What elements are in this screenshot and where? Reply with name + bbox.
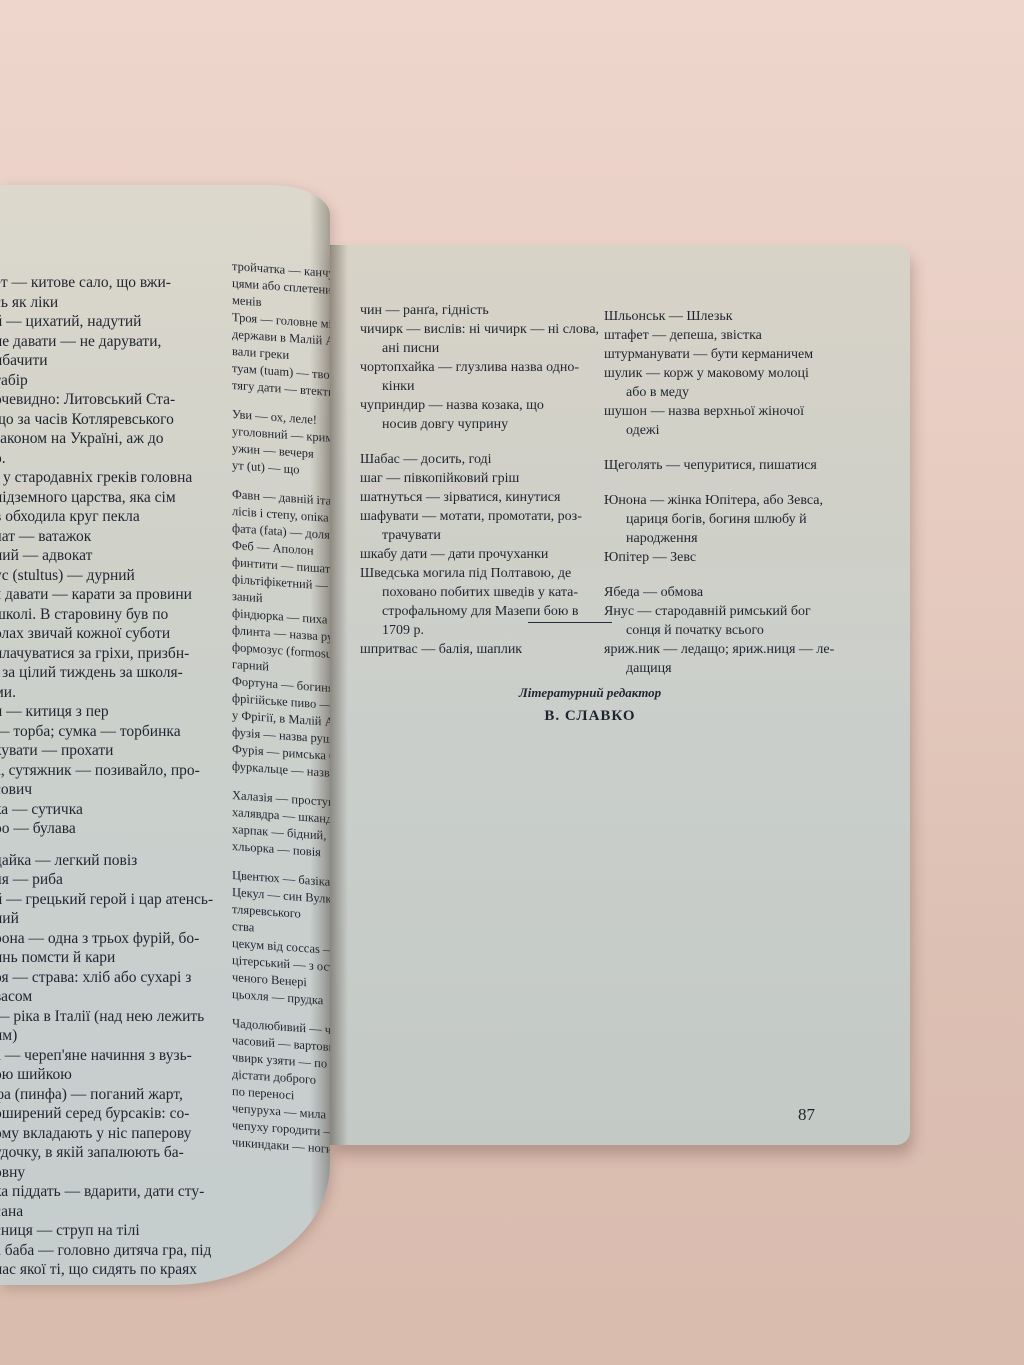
glossary-entry: шушон — назва верхньої жіночої (604, 402, 844, 421)
entry-definition: — назва козака, що (429, 398, 544, 413)
entry-definition: — балія, шаплик (421, 642, 522, 657)
entry-headword: шушон (604, 404, 647, 419)
entry-continuation: або в меду (604, 383, 844, 402)
entry-continuation: 1709 р. (360, 621, 610, 640)
text-line: школі. В старовину був по (0, 605, 234, 625)
entry-headword: чуприндир (360, 398, 425, 413)
entry-definition: — мотати, промотати, роз- (422, 509, 582, 524)
text-line: в обходила круг пекла (0, 507, 234, 527)
text-line: — торба; сумка — торбинка (0, 722, 234, 742)
entry-definition: — зірватися, кинутися (426, 490, 561, 505)
section-divider-rule (528, 622, 612, 623)
entry-headword: шкабу дати (360, 547, 427, 562)
text-line: оширений серед бурсаків: со- (0, 1104, 234, 1124)
entry-gap (604, 567, 844, 583)
glossary-entry: яриж.ник — ледащо; яриж.ниця — ле- (604, 640, 844, 659)
entry-headword: Юнона (604, 493, 647, 508)
text-line: табір (0, 371, 234, 391)
text-line: й — грецький герой і цар атенсь- (0, 890, 234, 910)
text-line: ус (stultus) — дурний (0, 566, 234, 586)
glossary-entry: Шабас — досить, годі (360, 450, 610, 469)
entry-headword: Ябеда (604, 585, 640, 600)
entry-headword: штафет (604, 328, 649, 343)
left-page: ет — китове сало, що вжи-сь як лікий — ц… (0, 185, 330, 1285)
entry-definition: — глузлива назва одно- (438, 360, 579, 375)
entry-headword: Шведська могила (360, 566, 465, 581)
text-line: законом на Україні, аж до (0, 429, 234, 449)
glossary-entry: шпритвас — балія, шаплик (360, 640, 610, 659)
right-page-column-1: чин — ранґа, гідністьчичирк — вислів: ні… (360, 301, 610, 659)
text-line: ою шийкою (0, 1065, 234, 1085)
text-line: фа (пинфа) — поганий жарт, (0, 1085, 234, 1105)
text-line: сана (0, 1202, 234, 1222)
text-line: инь помсти й кари (0, 948, 234, 968)
text-line: а баба — головно дитяча гра, під (0, 1241, 234, 1261)
entry-continuation: строфальному для Мазепи бою в (360, 602, 610, 621)
page-number: 87 (798, 1105, 815, 1125)
left-page-main-column: ет — китове сало, що вжи-сь як лікий — ц… (0, 273, 234, 1285)
text-line: - у стародавніх греків головна (0, 468, 234, 488)
entry-definition: — дати прочуханки (431, 547, 549, 562)
glossary-entry: чин — ранґа, гідність (360, 301, 610, 320)
entry-headword: шулик (604, 366, 642, 381)
entry-continuation: цариця богів, богиня шлюбу й (604, 510, 844, 529)
text-line: и — китиця з пер (0, 702, 234, 722)
text-line: удочку, в якій запалюють ба- (0, 1143, 234, 1163)
text-line: ний — адвокат (0, 546, 234, 566)
entry-continuation: одежі (604, 421, 844, 440)
text-line: васом (0, 987, 234, 1007)
entry-headword: чин (360, 303, 382, 318)
text-line: ет — китове сало, що вжи- (0, 273, 234, 293)
entry-headword: шатнуться (360, 490, 422, 505)
entry-gap (360, 434, 610, 450)
colophon-editor-name: В. СЛАВКО (480, 708, 700, 725)
text-line: дайка — легкий повіз (0, 851, 234, 871)
text-line: сович (0, 780, 234, 800)
text-line: а — череп'яне начиння з вузь- (0, 1046, 234, 1066)
glossary-entry: Шльонськ — Шлезьк (604, 307, 844, 326)
text-line: не давати — не дарувати, (0, 332, 234, 352)
entry-headword: чичирк (360, 322, 403, 337)
glossary-entry: Ябеда — обмова (604, 583, 844, 602)
entry-headword: чортопхайка (360, 360, 435, 375)
entry-continuation: кінки (360, 377, 610, 396)
entry-definition: під Полтавою, де (469, 566, 572, 581)
glossary-entry: Юнона — жінка Юпітера, або Зевса, (604, 491, 844, 510)
entry-headword: шаг (360, 471, 383, 486)
entry-headword: Шабас (360, 452, 400, 467)
text-line: ро — булава (0, 819, 234, 839)
text-line: ми. (0, 683, 234, 703)
text-line: лат — ватажок (0, 527, 234, 547)
text-line: рона — одна з трьох фурій, бо- (0, 929, 234, 949)
entry-headword: шафувати (360, 509, 419, 524)
right-page-column-2: Шльонськ — Шлезькштафет — депеша, звістк… (604, 307, 844, 678)
entry-headword: Янус (604, 604, 634, 619)
entry-definition: — бути керманичем (693, 347, 813, 362)
text-line: сь як ліки (0, 293, 234, 313)
text-line (0, 839, 234, 851)
entry-definition: — корж у маковому молоці (646, 366, 809, 381)
entry-continuation: поховано побитих шведів у ката- (360, 583, 610, 602)
glossary-entry: шатнуться — зірватися, кинутися (360, 488, 610, 507)
text-line: ому вкладають у ніс паперову (0, 1124, 234, 1144)
colophon-label: Літературний редактор (480, 685, 700, 701)
text-line: овну (0, 1163, 234, 1183)
text-line: підземного царства, яка сім (0, 488, 234, 508)
text-line: им) (0, 1026, 234, 1046)
entry-definition: — стародавній римський бог (638, 604, 811, 619)
entry-headword: Юпітер (604, 550, 649, 565)
entry-definition: — ледащо; яриж.ниця — ле- (663, 642, 834, 657)
entry-gap (604, 475, 844, 491)
glossary-entry: чортопхайка — глузлива назва одно- (360, 358, 610, 377)
glossary-entry: Юпітер — Зевс (604, 548, 844, 567)
text-line: ка — сутичка (0, 800, 234, 820)
entry-continuation: трачувати (360, 526, 610, 545)
text-line: і за цілий тиждень за школя- (0, 663, 234, 683)
entry-definition: — депеша, звістка (652, 328, 762, 343)
text-line: р. (0, 449, 234, 469)
entry-definition: — ранґа, гідність (386, 303, 489, 318)
entry-continuation: носив довгу чуприну (360, 415, 610, 434)
entry-definition: — півкопійковий гріш (386, 471, 519, 486)
glossary-entry: Щеголять — чепуритися, пишатися (604, 456, 844, 475)
entry-definition: — вислів: ні чичирк — ні слова, (406, 322, 599, 337)
glossary-entry: чуприндир — назва козака, що (360, 396, 610, 415)
text-line: нас якої ті, що сидять по краях (0, 1260, 234, 1280)
entry-continuation: ані писни (360, 339, 610, 358)
text-line: що за часів Котляревського (0, 410, 234, 430)
entry-definition: — Зевс (653, 550, 696, 565)
text-line: плачуватися за гріхи, призбн- (0, 644, 234, 664)
text-line: лавки, тиснуть тих, що сидять (0, 1280, 234, 1286)
glossary-entry: Шведська могила під Полтавою, де (360, 564, 610, 583)
entry-definition: — обмова (643, 585, 703, 600)
text-line: я давати — карати за провини (0, 585, 234, 605)
entry-continuation: дащиця (604, 659, 844, 678)
text-line: — ріка в Італії (над нею лежить (0, 1007, 234, 1027)
glossary-entry: штурманувати — бути керманичем (604, 345, 844, 364)
entry-headword: шпритвас (360, 642, 418, 657)
entry-headword: штурманувати (604, 347, 690, 362)
glossary-entry: чичирк — вислів: ні чичирк — ні слова, (360, 320, 610, 339)
text-line: оя — страва: хліб або сухарі з (0, 968, 234, 988)
entry-headword: Щеголять (604, 458, 662, 473)
entry-gap (604, 440, 844, 456)
text-line: а, сутяжник — позивайло, про- (0, 761, 234, 781)
glossary-entry: Янус — стародавній римський бог (604, 602, 844, 621)
glossary-entry: шулик — корж у маковому молоці (604, 364, 844, 383)
text-line: ибачити (0, 351, 234, 371)
text-line: ка піддать — вдарити, дати сту- (0, 1182, 234, 1202)
entry-definition: — жінка Юпітера, або Зевса, (650, 493, 823, 508)
entry-headword: яриж.ник (604, 642, 660, 657)
entry-headword: Шльонськ (604, 309, 665, 324)
entry-definition: — досить, годі (403, 452, 491, 467)
glossary-entry: шкабу дати — дати прочуханки (360, 545, 610, 564)
text-line: ля — риба (0, 870, 234, 890)
entry-definition: — Шлезьк (669, 309, 733, 324)
entry-definition: — назва верхньої жіночої (651, 404, 805, 419)
entry-definition: — чепуритися, пишатися (666, 458, 817, 473)
glossary-entry: шафувати — мотати, промотати, роз- (360, 507, 610, 526)
entry-continuation: народження (604, 529, 844, 548)
text-line: олах звичай кожної суботи (0, 624, 234, 644)
text-line: чикиндаки — ноги (232, 1134, 330, 1158)
text-line: ний (0, 909, 234, 929)
glossary-entry: штафет — депеша, звістка (604, 326, 844, 345)
text-line: очевидно: Литовський Ста- (0, 390, 234, 410)
left-page-side-column: тройчатка — канчук з цями або сплетений … (232, 258, 330, 1158)
text-line: кувати — прохати (0, 741, 234, 761)
right-page: чин — ранґа, гідністьчичирк — вислів: ні… (330, 245, 910, 1145)
glossary-entry: шаг — півкопійковий гріш (360, 469, 610, 488)
text-line: й — цихатий, надутий (0, 312, 234, 332)
text-line: сниця — струп на тілі (0, 1221, 234, 1241)
entry-continuation: сонця й початку всього (604, 621, 844, 640)
